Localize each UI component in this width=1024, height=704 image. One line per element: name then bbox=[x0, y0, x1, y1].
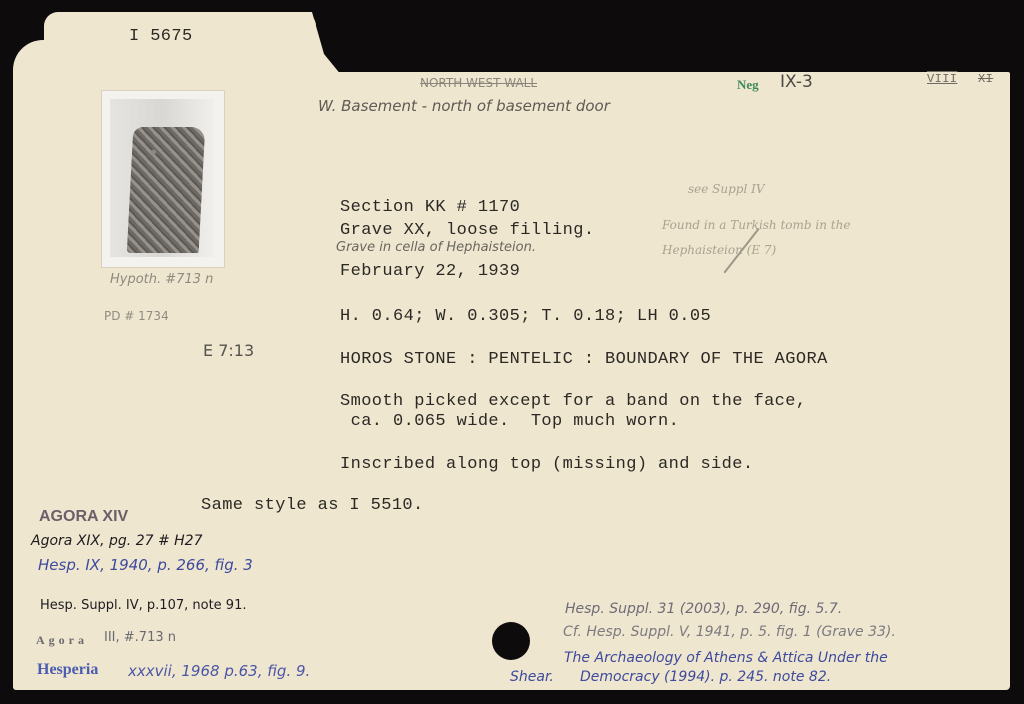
hesperia-suppl-31-reference: Hesp. Suppl. 31 (2003), p. 290, fig. 5.7… bbox=[565, 601, 842, 617]
object-photo bbox=[102, 91, 224, 267]
grave-note: Grave in cella of Hephaisteion. bbox=[336, 240, 536, 255]
agora-iii-label: Agora bbox=[36, 633, 88, 648]
horos-stone-image bbox=[127, 127, 206, 253]
found-note-line2: Hephaisteion (E 7) bbox=[662, 243, 776, 257]
excavation-date: February 22, 1939 bbox=[340, 262, 520, 281]
hesperia-suppl-v-reference: Cf. Hesp. Suppl. V, 1941, p. 5. fig. 1 (… bbox=[563, 624, 896, 640]
hesperia-ix-reference: Hesp. IX, 1940, p. 266, fig. 3 bbox=[38, 556, 253, 574]
negative-label: Neg bbox=[737, 77, 759, 93]
inventory-number: I 5675 bbox=[129, 27, 193, 46]
inscription-note: Inscribed along top (missing) and side. bbox=[340, 455, 753, 474]
pd-number: PD # 1734 bbox=[104, 309, 169, 323]
grid-reference: E 7:13 bbox=[203, 341, 254, 360]
shear-title-line2: Democracy (1994). p. 245. note 82. bbox=[580, 669, 831, 685]
description-line1: Smooth picked except for a band on the f… bbox=[340, 392, 806, 411]
photo-background bbox=[110, 99, 214, 257]
grave-info: Grave XX, loose filling. bbox=[340, 221, 594, 240]
volume-mark-viii: VIII bbox=[927, 72, 957, 86]
description-line2: ca. 0.065 wide. Top much worn. bbox=[340, 412, 679, 431]
shear-author: Shear. bbox=[510, 669, 554, 685]
photo-reference: Hypoth. #713 n bbox=[110, 272, 213, 287]
volume-mark-xi: XI bbox=[978, 72, 993, 86]
comparison-note: Same style as I 5510. bbox=[201, 496, 424, 515]
section-number: Section KK # 1170 bbox=[340, 198, 520, 217]
hesperia-stamp: Hesperia bbox=[37, 661, 98, 679]
agora-xiv-stamp: AGORA XIV bbox=[39, 508, 128, 526]
punch-hole bbox=[492, 622, 530, 660]
location-struck-text: NORTH WEST WALL bbox=[420, 76, 537, 90]
see-suppl-note: see Suppl IV bbox=[688, 182, 765, 196]
hesperia-suppl-iv-reference: Hesp. Suppl. IV, p.107, note 91. bbox=[40, 598, 246, 613]
agora-xix-reference: Agora XIX, pg. 27 # H27 bbox=[31, 533, 203, 549]
negative-number: IX-3 bbox=[780, 72, 813, 92]
hesperia-xxxvii-reference: xxxvii, 1968 p.63, fig. 9. bbox=[128, 662, 310, 680]
object-title: HOROS STONE : PENTELIC : BOUNDARY OF THE… bbox=[340, 350, 828, 369]
agora-iii-reference: III, #.713 n bbox=[104, 630, 176, 645]
dimensions: H. 0.64; W. 0.305; T. 0.18; LH 0.05 bbox=[340, 307, 711, 326]
shear-title-line1: The Archaeology of Athens & Attica Under… bbox=[564, 650, 888, 666]
location-note: W. Basement - north of basement door bbox=[318, 97, 610, 115]
